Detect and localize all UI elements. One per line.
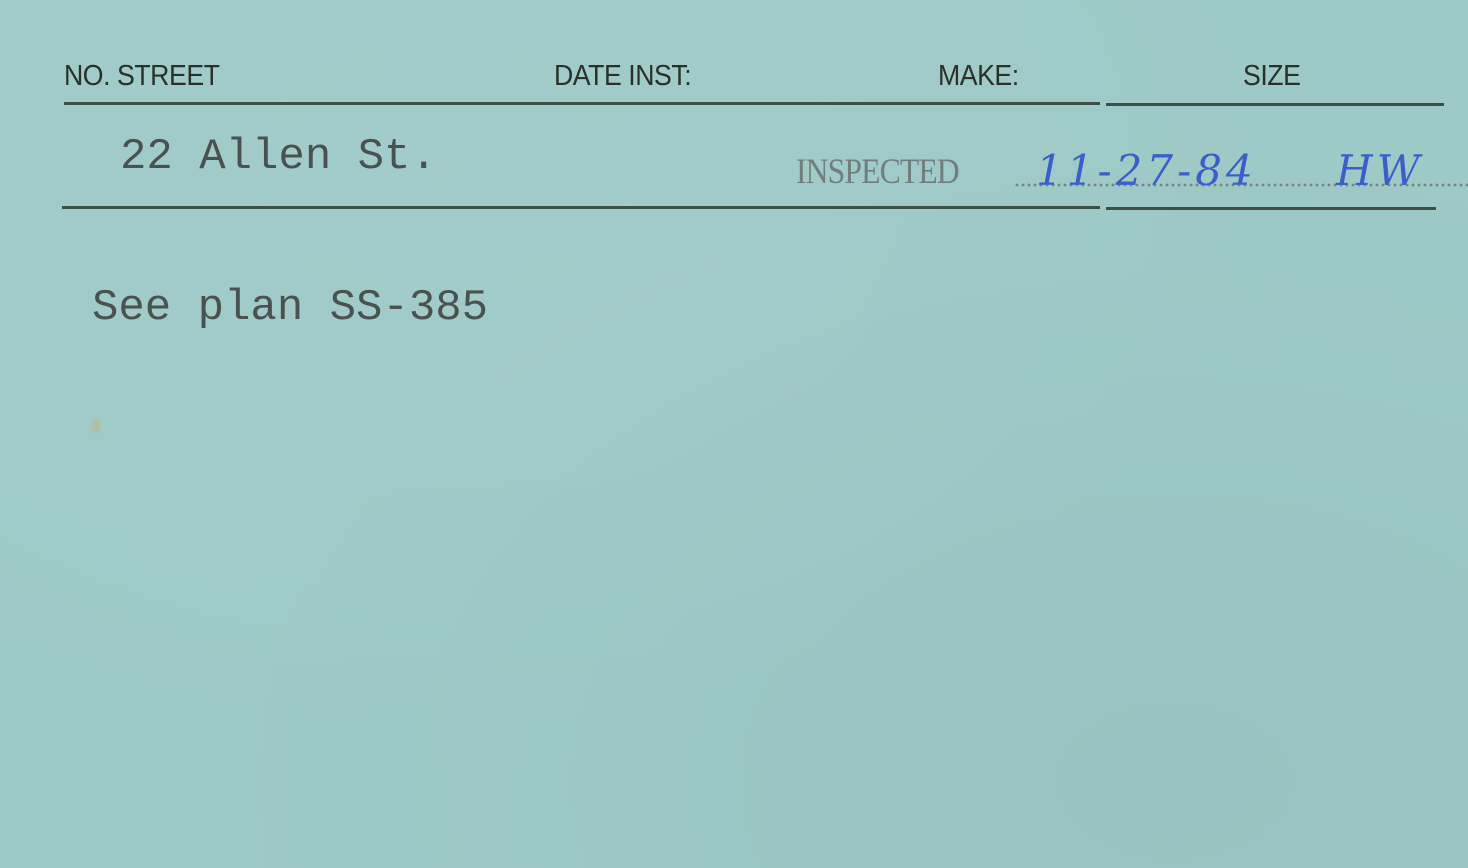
note-text: See plan SS-385 — [92, 283, 488, 333]
header-rule-left — [64, 102, 1100, 105]
header-size: SIZE — [1243, 60, 1300, 93]
address-rule-right — [1106, 207, 1436, 210]
address-text: 22 Allen St. — [120, 132, 437, 182]
address-rule-left — [62, 206, 1100, 209]
inspected-date: 11-27-84 — [1036, 146, 1257, 195]
header-date-inst: DATE INST: — [554, 60, 691, 93]
inspector-initials: HW — [1336, 146, 1424, 195]
header-no-street: NO. STREET — [64, 60, 219, 93]
header-make: MAKE: — [938, 60, 1019, 93]
paper-stain — [90, 415, 102, 437]
index-card: NO. STREET DATE INST: MAKE: SIZE 22 Alle… — [0, 0, 1468, 868]
header-rule-right — [1106, 103, 1444, 106]
inspected-stamp: INSPECTED — [796, 150, 959, 192]
